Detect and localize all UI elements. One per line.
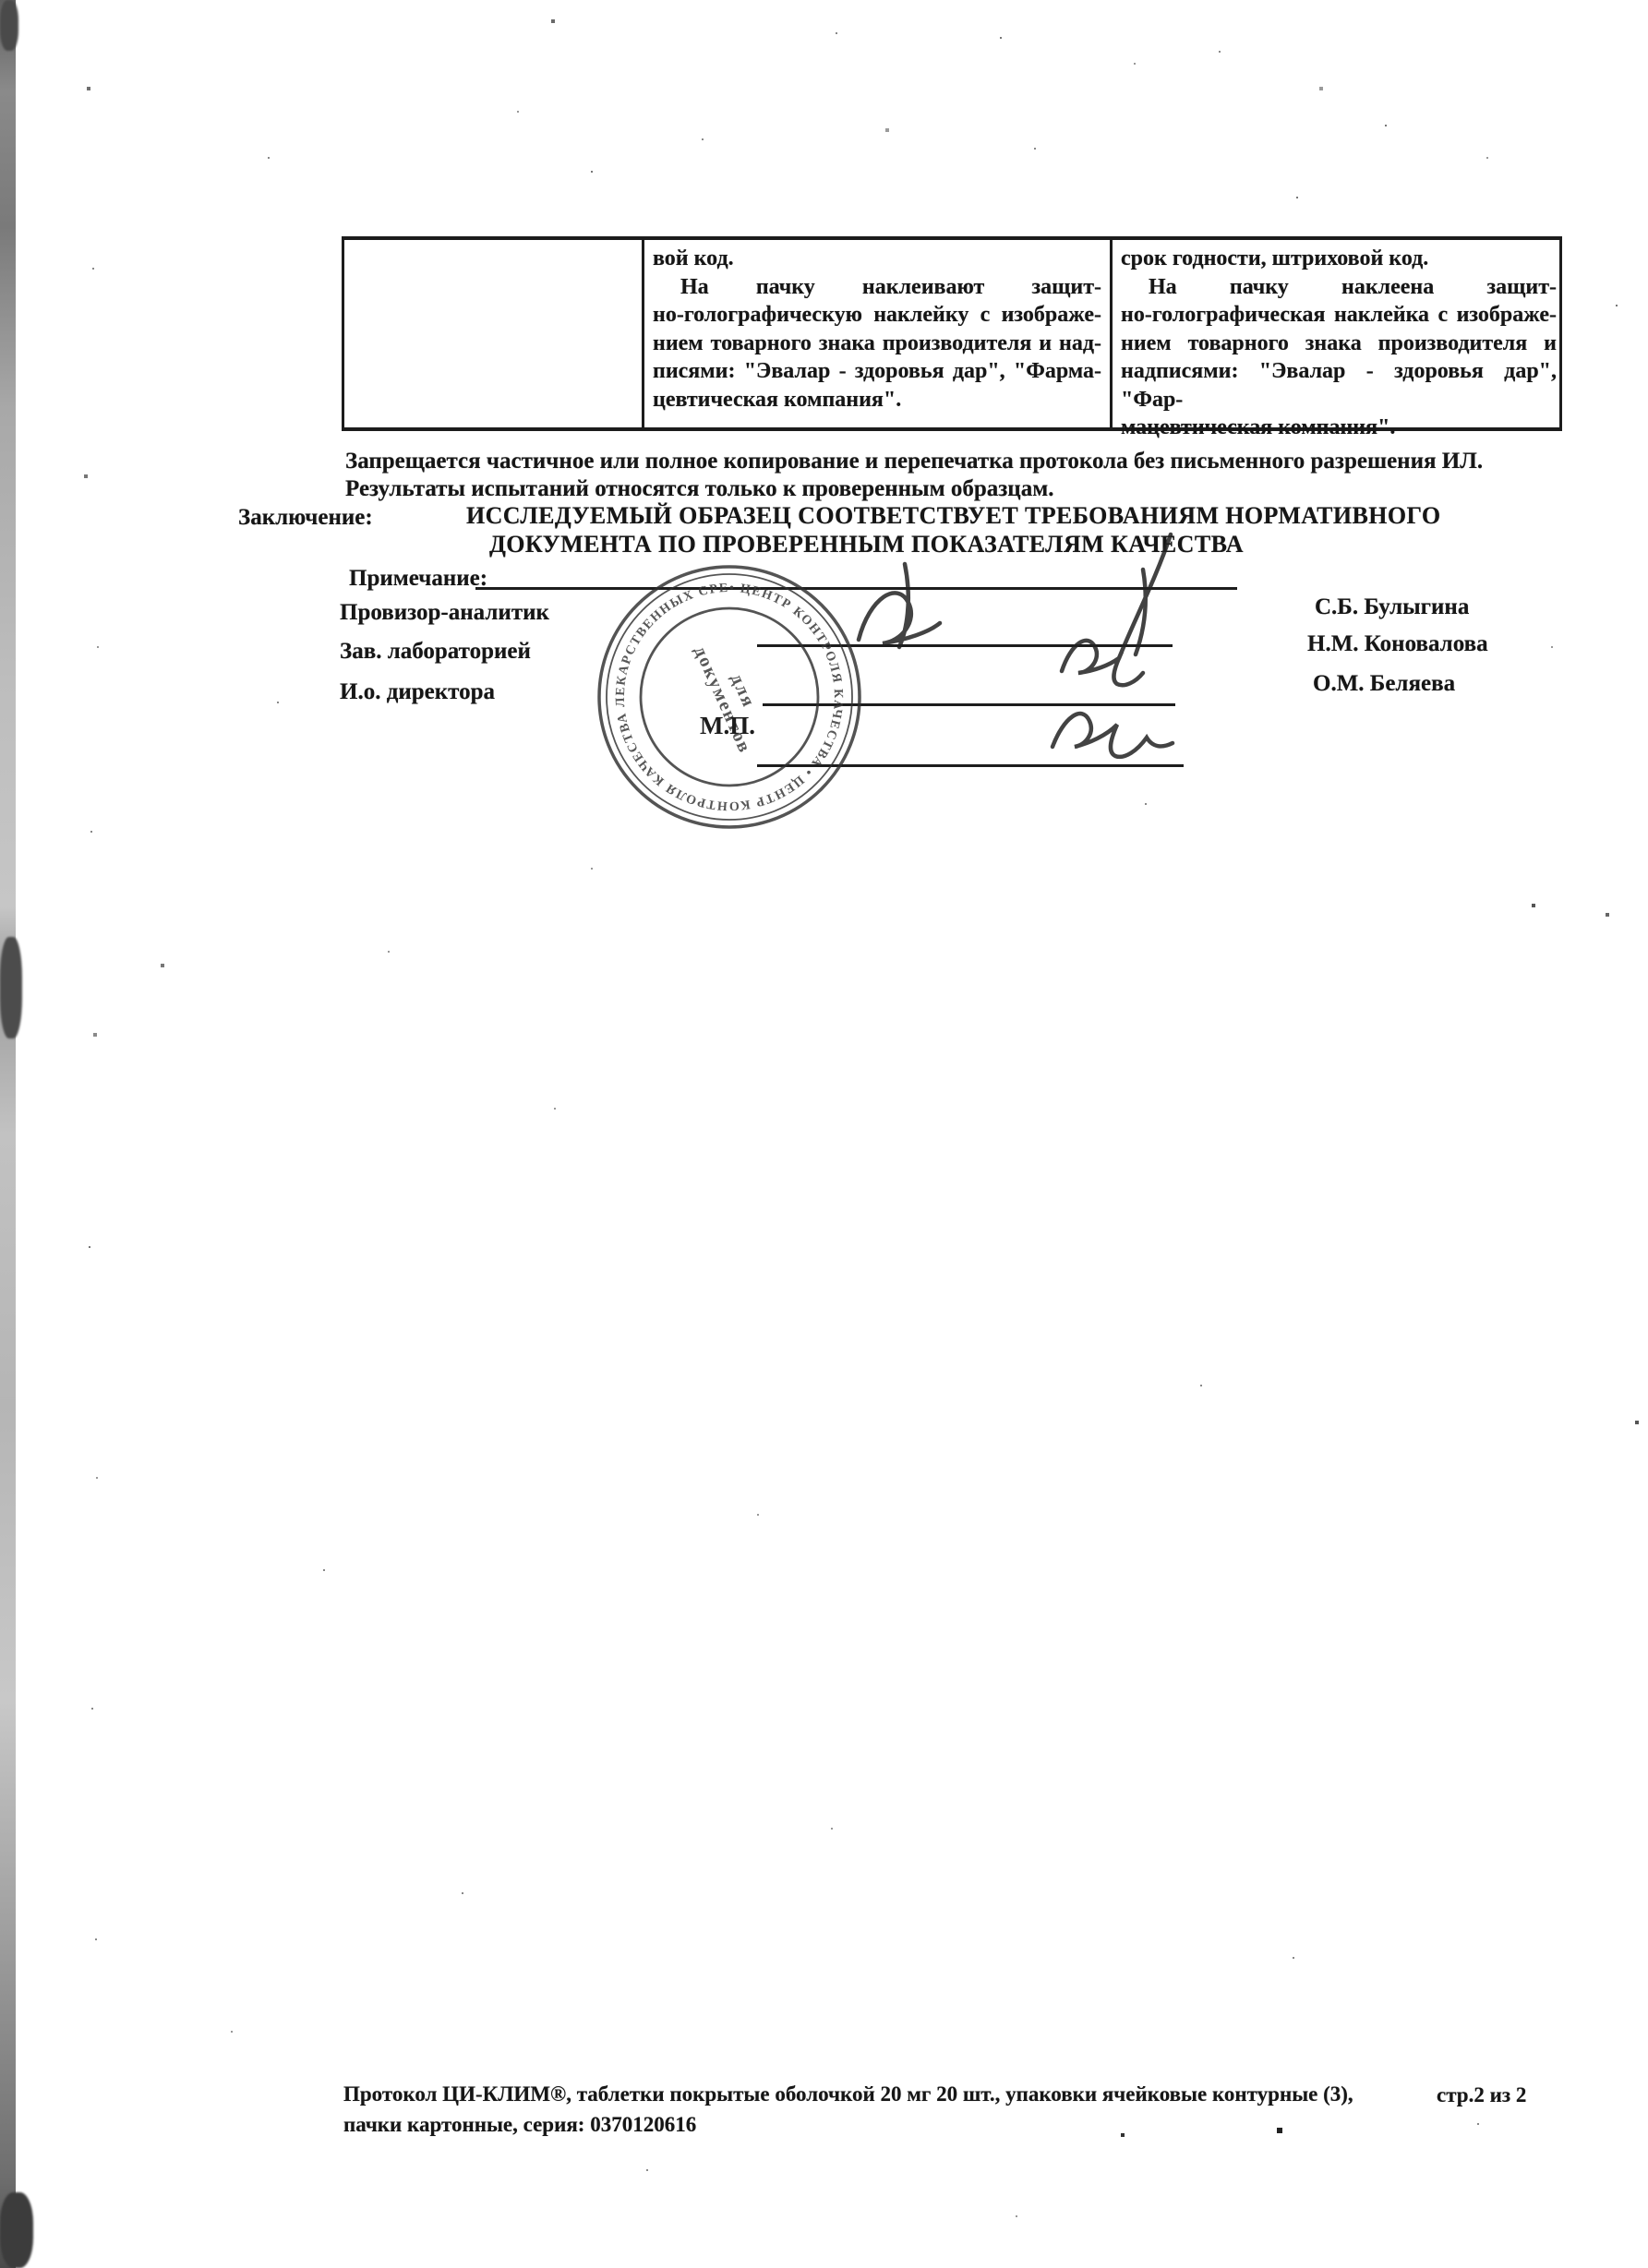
table-text-line: писями: "Эвалар - здоровья дар", "Фарма- — [653, 357, 1101, 386]
signer-role: Провизор-аналитик — [340, 600, 549, 626]
footer-protocol-line1: Протокол ЦИ-КЛИМ®, таблетки покрытые обо… — [343, 2082, 1353, 2106]
scan-blob-artifact — [0, 0, 18, 51]
copy-prohibition-notice: Запрещается частичное или полное копиров… — [345, 449, 1483, 474]
scan-noise — [0, 0, 2, 2]
table-cell-results: срок годности, штриховой код. На пачку н… — [1110, 240, 1565, 427]
signature — [859, 564, 940, 647]
conclusion-label: Заключение: — [238, 505, 373, 531]
table-text-line: нием товарного знака производителя и над… — [653, 330, 1101, 358]
table-text-line: срок годности, штриховой код. — [1121, 245, 1557, 273]
page-indicator: стр.2 из 2 — [1437, 2083, 1526, 2107]
signature — [1053, 714, 1173, 757]
handwritten-signatures — [776, 531, 1302, 789]
signer-role: И.о. директора — [340, 679, 495, 705]
table-text-line: На пачку наклеивают защит- — [653, 273, 1101, 302]
note-label: Примечание: — [349, 566, 487, 592]
signer-role: Зав. лабораторией — [340, 639, 531, 665]
results-scope-notice: Результаты испытаний относятся только к … — [345, 476, 1054, 502]
table-text-line: цевтическая компания". — [653, 386, 1101, 414]
signature — [1062, 641, 1143, 685]
table-text-line: вой код. — [653, 245, 1101, 273]
table-cell-requirements: вой код. На пачку наклеивают защит- но-г… — [642, 240, 1110, 427]
conclusion-text-line1: ИССЛЕДУЕМЫЙ ОБРАЗЕЦ СООТВЕТСТВУЕТ ТРЕБОВ… — [466, 502, 1440, 530]
table-text-line: мацевтическая компания". — [1121, 414, 1557, 442]
stamp-mp-label: М.П. — [700, 712, 755, 739]
results-table: вой код. На пачку наклеивают защит- но-г… — [342, 236, 1562, 431]
scanned-protocol-page: вой код. На пачку наклеивают защит- но-г… — [0, 0, 1648, 2268]
scan-edge-artifact — [0, 0, 16, 2268]
footer-protocol-line2: пачки картонные, серия: 0370120616 — [343, 2113, 696, 2137]
table-text-line: надписями: "Эвалар - здоровья дар", "Фар… — [1121, 357, 1557, 414]
table-text-line: На пачку наклеена защит- — [1121, 273, 1557, 302]
table-text-line: но-голографическая наклейка с изображе- — [1121, 301, 1557, 330]
table-text-line: но-голографическую наклейку с изображе- — [653, 301, 1101, 330]
scan-blob-artifact — [0, 937, 22, 1038]
scan-blob-artifact — [0, 2192, 33, 2268]
signer-name: С.Б. Булыгина — [1315, 594, 1469, 620]
signer-name: Н.М. Коновалова — [1307, 631, 1488, 657]
signer-name: О.М. Беляева — [1313, 671, 1455, 697]
table-text-line: нием товарного знака производителя и — [1121, 330, 1557, 358]
